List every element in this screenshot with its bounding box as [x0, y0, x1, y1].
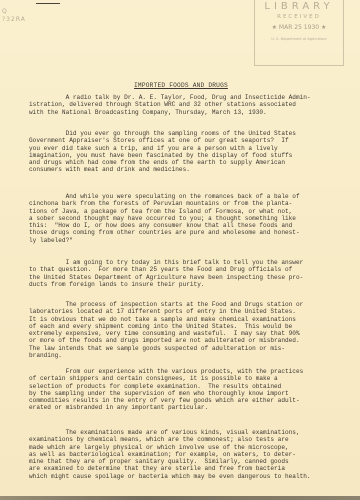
scanned-page: Q ?32RA LIBRARY RECEIVED ★ MAR 25 1930 ★…: [0, 0, 360, 500]
document-title: IMPORTED FOODS AND DRUGS: [134, 82, 228, 89]
paragraph-3: I am going to try today in this brief ta…: [29, 259, 337, 288]
ink-mark: [36, 3, 60, 4]
paragraph-1: Did you ever go through the sampling roo…: [29, 130, 337, 174]
annotation-line-1: Q: [2, 8, 7, 16]
stamp-date: ★ MAR 25 1930 ★: [255, 24, 343, 31]
scan-bottom-edge: [0, 496, 360, 500]
stamp-department: U. S. Department of Agriculture: [255, 37, 343, 41]
paragraph-5: From our experience with the various pro…: [29, 368, 337, 412]
intro-paragraph: A radio talk by Dr. A. E. Taylor, Food, …: [29, 94, 337, 116]
library-received-stamp: LIBRARY RECEIVED ★ MAR 25 1930 ★ U. S. D…: [254, 0, 344, 66]
paragraph-4: The process of inspection starts at the …: [29, 301, 337, 359]
paragraph-2: And while you were speculating on the ro…: [29, 193, 337, 244]
paragraph-6: The examinations made are of various kin…: [29, 429, 337, 480]
stamp-received-label: RECEIVED: [255, 14, 343, 20]
annotation-line-2: ?32RA: [2, 16, 26, 24]
stamp-library-label: LIBRARY: [255, 1, 343, 12]
